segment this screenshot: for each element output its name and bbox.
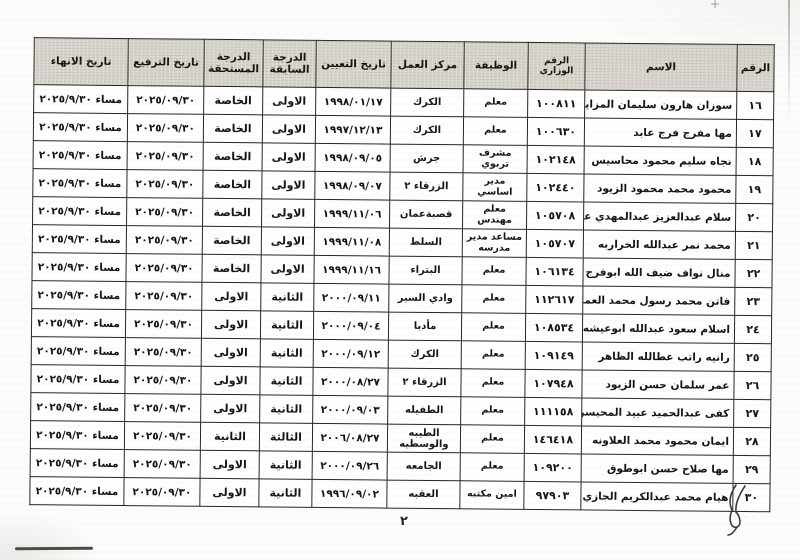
cell-prev_grade: الاولى xyxy=(261,255,314,284)
cell-ministry_no: ١٠٢٤٤٠ xyxy=(527,173,584,202)
cell-ministry_no: ١٤٦٤١٨ xyxy=(524,425,581,454)
cell-promotion_date: ٢٠٢٥/٠٩/٣٠ xyxy=(128,86,204,115)
cell-prev_grade: الثانية xyxy=(259,451,312,480)
column-header-job: الوظيفة xyxy=(464,42,528,90)
cell-prev_grade: الاولى xyxy=(262,115,315,144)
cell-ministry_no: ١١١١٥٨ xyxy=(525,397,582,426)
cell-prev_grade: الاولى xyxy=(262,171,315,200)
cell-due_grade: الخاصة xyxy=(203,170,262,199)
table-row: ٣٠هيام محمد عبدالكريم الجازي٩٧٩٠٣امين مك… xyxy=(30,477,770,512)
cell-ministry_no: ١١٢٦١٧ xyxy=(526,285,583,314)
signature-mark xyxy=(702,482,756,542)
scanned-document-page: الرقمالاسمالرقم الوزاريالوظيفةمركز العمل… xyxy=(0,0,800,560)
cell-promotion_date: ٢٠٢٥/٠٩/٣٠ xyxy=(126,254,202,283)
signature-scribble-icon xyxy=(702,482,756,538)
cell-num: ٢٤ xyxy=(734,315,771,343)
cell-hire_date: ١٩٩٨/٠٩/٠٧ xyxy=(315,171,390,200)
cell-job: معلم xyxy=(463,117,527,146)
cell-end_date: مساء ٢٠٢٥/٩/٣٠ xyxy=(31,393,125,422)
registration-plus-mark: + xyxy=(710,0,720,11)
cell-job: معلم xyxy=(460,425,524,454)
cell-num: ٢٦ xyxy=(734,371,771,399)
cell-promotion_date: ٢٠٢٥/٠٩/٣٠ xyxy=(127,170,203,199)
cell-work_center: وادي السير xyxy=(389,284,462,313)
cell-prev_grade: الثانية xyxy=(261,283,314,312)
cell-num: ٢٩ xyxy=(733,455,770,483)
cell-end_date: مساء ٢٠٢٥/٩/٣٠ xyxy=(33,197,127,226)
cell-work_center: مأدبا xyxy=(388,312,461,341)
cell-hire_date: ١٩٩٨/٠١/١٧ xyxy=(316,87,391,116)
cell-due_grade: الاولى xyxy=(200,478,259,507)
cell-name: كفى عبدالحميد عبيد المحيسن xyxy=(582,398,734,427)
table-body: ١٦سوزان هارون سليمان المزايده١٠٠٨١١معلما… xyxy=(30,85,774,512)
cell-num: ١٦ xyxy=(737,91,774,119)
cell-job: مساعد مدير مدرسه xyxy=(462,229,526,258)
paper-fold-line xyxy=(788,0,790,122)
cell-work_center: الكرك xyxy=(388,340,461,369)
cell-promotion_date: ٢٠٢٥/٠٩/٣٠ xyxy=(124,478,200,507)
cell-ministry_no: ١٠٨٥٣٤ xyxy=(525,313,582,342)
cell-num: ٢٣ xyxy=(735,287,772,315)
column-header-name: الاسم xyxy=(585,43,737,91)
cell-end_date: مساء ٢٠٢٥/٩/٣٠ xyxy=(30,449,124,478)
cell-hire_date: ١٩٩٦/٠٩/٠٢ xyxy=(312,479,387,508)
cell-ministry_no: ١٠٩٢٠٠ xyxy=(524,453,581,482)
cell-promotion_date: ٢٠٢٥/٠٩/٣٠ xyxy=(125,310,201,339)
cell-name: نجاه سليم محمود محاسيس xyxy=(584,146,736,175)
cell-hire_date: ١٩٩٩/١١/٠٨ xyxy=(314,227,389,256)
cell-promotion_date: ٢٠٢٥/٠٩/٣٠ xyxy=(126,226,202,255)
cell-due_grade: الخاصة xyxy=(203,114,262,143)
column-header-num: الرقم xyxy=(737,44,774,91)
cell-end_date: مساء ٢٠٢٥/٩/٣٠ xyxy=(34,85,128,114)
cell-name: اسلام سعود عبدالله ابوعيشه xyxy=(582,314,734,343)
cell-job: معلم xyxy=(462,285,526,314)
cell-due_grade: الاولى xyxy=(201,310,260,339)
cell-ministry_no: ١٠٠٦٣٠ xyxy=(527,117,584,146)
cell-num: ٢٠ xyxy=(735,203,772,231)
cell-end_date: مساء ٢٠٢٥/٩/٣٠ xyxy=(33,113,127,142)
cell-end_date: مساء ٢٠٢٥/٩/٣٠ xyxy=(32,281,126,310)
cell-hire_date: ٢٠٠٦/٠٨/٢٧ xyxy=(312,423,387,452)
cell-num: ٢٨ xyxy=(733,427,770,455)
cell-work_center: البتراء xyxy=(389,256,462,285)
cell-job: معلم xyxy=(464,89,528,118)
cell-num: ١٧ xyxy=(736,119,773,147)
cell-job: معلم xyxy=(461,313,525,342)
cell-prev_grade: الثانية xyxy=(260,367,313,396)
cell-job: معلم xyxy=(461,341,525,370)
cell-prev_grade: الاولى xyxy=(263,87,316,116)
cell-hire_date: ٢٠٠٠/٠٩/٠٤ xyxy=(313,311,388,340)
cell-ministry_no: ٩٧٩٠٣ xyxy=(524,481,581,510)
cell-prev_grade: الثانية xyxy=(260,339,313,368)
cell-promotion_date: ٢٠٢٥/٠٩/٣٠ xyxy=(127,142,203,171)
cell-work_center: الطفيله xyxy=(388,396,461,425)
header-row: الرقمالاسمالرقم الوزاريالوظيفةمركز العمل… xyxy=(34,38,774,92)
cell-promotion_date: ٢٠٢٥/٠٩/٣٠ xyxy=(125,338,201,367)
cell-work_center: الزرقاء ٢ xyxy=(390,172,463,201)
cell-hire_date: ١٩٩٩/١١/١٦ xyxy=(314,255,389,284)
cell-name: فاتن محمد رسول محمد العمايره xyxy=(583,286,735,315)
cell-work_center: السلط xyxy=(389,228,462,257)
cell-job: امين مكتبه xyxy=(460,481,524,510)
cell-num: ٢٧ xyxy=(734,399,771,427)
table-header: الرقمالاسمالرقم الوزاريالوظيفةمركز العمل… xyxy=(34,38,774,92)
cell-work_center: الكرك xyxy=(391,88,464,117)
cell-end_date: مساء ٢٠٢٥/٩/٣٠ xyxy=(30,477,124,506)
cell-hire_date: ١٩٩٩/١١/٠٦ xyxy=(314,199,389,228)
column-header-ministry_no: الرقم الوزاري xyxy=(528,42,585,90)
cell-work_center: قصبةعمان xyxy=(389,200,462,229)
cell-name: مها مفرج فرج عابد xyxy=(584,118,736,147)
cell-due_grade: الاولى xyxy=(201,366,260,395)
cell-promotion_date: ٢٠٢٥/٠٩/٣٠ xyxy=(124,422,200,451)
cell-promotion_date: ٢٠٢٥/٠٩/٣٠ xyxy=(125,394,201,423)
column-header-end_date: تاريخ الانهاء xyxy=(34,38,128,86)
cell-end_date: مساء ٢٠٢٥/٩/٣٠ xyxy=(31,337,125,366)
cell-work_center: الكرك xyxy=(390,116,463,145)
cell-end_date: مساء ٢٠٢٥/٩/٣٠ xyxy=(33,141,127,170)
cell-due_grade: الخاصة xyxy=(203,142,262,171)
cell-ministry_no: ١٠٥٧٠٨ xyxy=(526,201,583,230)
promotion-table-wrap: الرقمالاسمالرقم الوزاريالوظيفةمركز العمل… xyxy=(28,37,774,512)
cell-num: ١٩ xyxy=(736,175,773,203)
cell-work_center: العقبه xyxy=(387,480,460,509)
cell-work_center: الطيبه والوسطيه xyxy=(387,424,460,453)
cell-end_date: مساء ٢٠٢٥/٩/٣٠ xyxy=(32,253,126,282)
cell-name: مها صلاح حسن ابوطوق xyxy=(581,454,733,483)
cell-ministry_no: ١٠٦١٣٤ xyxy=(526,257,583,286)
cell-promotion_date: ٢٠٢٥/٠٩/٣٠ xyxy=(127,198,203,227)
cell-hire_date: ١٩٩٨/٠٩/٠٥ xyxy=(315,143,390,172)
cell-due_grade: الخاصة xyxy=(204,86,263,115)
cell-end_date: مساء ٢٠٢٥/٩/٣٠ xyxy=(32,225,126,254)
cell-name: محمود محمد محمود الزيود xyxy=(584,174,736,203)
cell-hire_date: ٢٠٠٠/٠٩/٢٦ xyxy=(312,451,387,480)
cell-end_date: مساء ٢٠٢٥/٩/٣٠ xyxy=(30,421,124,450)
cell-work_center: الزرقاء ٢ xyxy=(388,368,461,397)
column-header-work_center: مركز العمل xyxy=(391,41,464,89)
cell-name: سلام عبدالعزيز عبدالمهدي عربيات xyxy=(583,202,735,231)
cell-ministry_no: ١٠٠٨١١ xyxy=(528,89,585,118)
cell-prev_grade: الاولى xyxy=(262,143,315,172)
cell-job: معلم مهندس xyxy=(462,201,526,230)
column-header-prev_grade: الدرجة السابقة xyxy=(263,40,316,88)
cell-ministry_no: ١٠٥٧٠٧ xyxy=(526,229,583,258)
cell-hire_date: ٢٠٠٠/٠٩/٠٣ xyxy=(313,395,388,424)
cell-promotion_date: ٢٠٢٥/٠٩/٣٠ xyxy=(126,282,202,311)
scan-edge-artifact xyxy=(15,547,93,551)
cell-promotion_date: ٢٠٢٥/٠٩/٣٠ xyxy=(127,114,203,143)
cell-work_center: الجامعه xyxy=(387,452,460,481)
cell-due_grade: الاولى xyxy=(200,450,259,479)
cell-job: معلم xyxy=(460,453,524,482)
cell-prev_grade: الاولى xyxy=(262,199,315,228)
cell-end_date: مساء ٢٠٢٥/٩/٣٠ xyxy=(33,169,127,198)
cell-name: سوزان هارون سليمان المزايده xyxy=(585,90,737,119)
cell-prev_grade: الثانية xyxy=(259,479,312,508)
cell-job: مدير اساسي xyxy=(463,173,527,202)
column-header-hire_date: تاريخ التعيين xyxy=(316,40,391,88)
cell-end_date: مساء ٢٠٢٥/٩/٣٠ xyxy=(31,309,125,338)
cell-name: محمد نمر عبدالله الخراربه xyxy=(583,230,735,259)
cell-due_grade: الخاصة xyxy=(202,226,261,255)
cell-due_grade: الخاصة xyxy=(203,198,262,227)
cell-end_date: مساء ٢٠٢٥/٩/٣٠ xyxy=(31,365,125,394)
cell-num: ٢٥ xyxy=(734,343,771,371)
cell-job: معلم xyxy=(461,397,525,426)
cell-prev_grade: الثالثة xyxy=(259,423,312,452)
promotion-table: الرقمالاسمالرقم الوزاريالوظيفةمركز العمل… xyxy=(29,37,774,512)
cell-due_grade: الخاصة xyxy=(202,254,261,283)
cell-promotion_date: ٢٠٢٥/٠٩/٣٠ xyxy=(124,450,200,479)
cell-num: ١٨ xyxy=(736,147,773,175)
cell-prev_grade: الثانية xyxy=(260,311,313,340)
cell-num: ٢٢ xyxy=(735,259,772,287)
cell-work_center: جرش xyxy=(390,144,463,173)
cell-due_grade: الاولى xyxy=(202,282,261,311)
cell-hire_date: ٢٠٠٠/٠٨/٢٧ xyxy=(313,367,388,396)
cell-hire_date: ٢٠٠٠/٠٩/١٢ xyxy=(313,339,388,368)
column-header-promotion_date: تاريخ الترفيع xyxy=(128,39,204,87)
cell-job: معلم xyxy=(462,257,526,286)
cell-due_grade: الثانية xyxy=(200,422,259,451)
cell-name: رانيه راتب عطالله الظاهر xyxy=(582,342,734,371)
cell-job: معلم xyxy=(461,369,525,398)
page-number: ٢ xyxy=(394,514,414,529)
cell-job: مشرف تربوي xyxy=(463,145,527,174)
cell-name: ايمان محمود محمد العلاونه xyxy=(581,426,733,455)
cell-due_grade: الاولى xyxy=(201,394,260,423)
cell-name: منال نواف ضيف الله ابوفرج xyxy=(583,258,735,287)
cell-due_grade: الاولى xyxy=(201,338,260,367)
cell-promotion_date: ٢٠٢٥/٠٩/٣٠ xyxy=(125,366,201,395)
cell-prev_grade: الاولى xyxy=(261,227,314,256)
cell-ministry_no: ١٠٧٩٤٨ xyxy=(525,369,582,398)
cell-ministry_no: ١٠٩١٤٩ xyxy=(525,341,582,370)
column-header-due_grade: الدرجة المستحقة xyxy=(204,39,263,87)
cell-ministry_no: ١٠٢١٤٨ xyxy=(527,145,584,174)
cell-name: عمر سلمان حسن الزيود xyxy=(582,370,734,399)
cell-prev_grade: الثانية xyxy=(260,395,313,424)
cell-hire_date: ١٩٩٧/١٢/١٣ xyxy=(315,115,390,144)
cell-hire_date: ٢٠٠٠/٠٩/١١ xyxy=(314,283,389,312)
cell-num: ٢١ xyxy=(735,231,772,259)
